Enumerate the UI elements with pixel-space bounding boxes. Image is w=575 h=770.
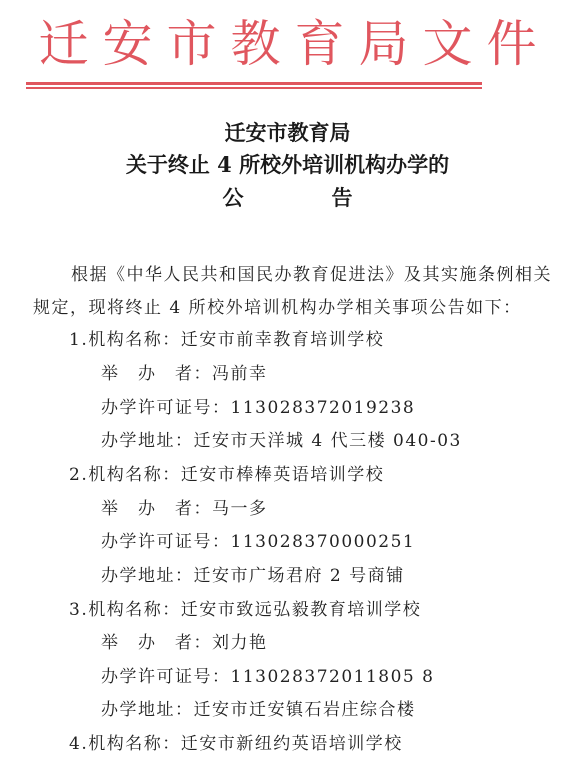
institution-4-name: 4.机构名称：迁安市新纽约英语培训学校 [69,731,403,757]
header-red-line-top [26,82,482,85]
institution-2-sponsor: 举 办 者：马一多 [101,496,268,522]
notice-title-char-1: 公 [223,183,244,213]
intro-paragraph-line-1: 根据《中华人民共和国民办教育促进法》及其实施条例相关 [71,262,552,288]
institution-3-license: 办学许可证号：113028372011805 8 [101,664,434,690]
notice-title-issuer: 迁安市教育局 [0,118,575,148]
institution-1-name: 1.机构名称：迁安市前幸教育培训学校 [69,327,384,353]
institution-3-name: 3.机构名称：迁安市致远弘毅教育培训学校 [69,597,421,623]
institution-1-address: 办学地址：迁安市天洋城 4 代三楼 040-03 [101,428,462,454]
institution-2-license: 办学许可证号：113028370000251 [101,529,415,555]
notice-title-char-2: 告 [332,183,353,213]
institution-1-license: 办学许可证号：113028372019238 [101,395,415,421]
institution-2-address: 办学地址：迁安市广场君府 2 号商铺 [101,563,405,589]
institution-3-address: 办学地址：迁安市迁安镇石岩庄综合楼 [101,697,416,723]
notice-title-type: 公告 [0,183,575,213]
notice-title-subject: 关于终止 4 所校外培训机构办学的 [0,150,575,180]
header-red-line-bottom [26,87,482,89]
institution-1-sponsor: 举 办 者：冯前幸 [101,361,268,387]
institution-2-name: 2.机构名称：迁安市棒棒英语培训学校 [69,462,384,488]
document-header-title: 迁安市教育局文件 [0,14,575,74]
intro-paragraph-line-2: 规定，现将终止 4 所校外培训机构办学相关事项公告如下： [33,295,522,321]
institution-3-sponsor: 举 办 者：刘力艳 [101,630,268,656]
